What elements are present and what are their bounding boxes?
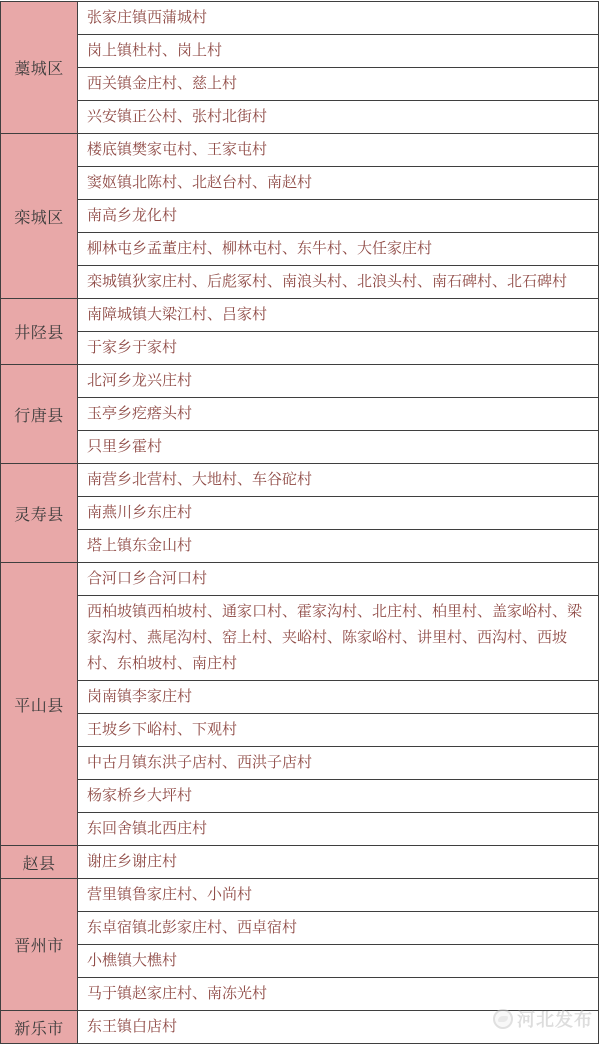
village-cell: 栾城镇狄家庄村、后彪冢村、南浪头村、北浪头村、南石碑村、北石碑村 <box>78 266 599 299</box>
table-row: 西柏坡镇西柏坡村、通家口村、霍家沟村、北庄村、柏里村、盖家峪村、梁家沟村、燕尾沟… <box>1 596 599 681</box>
table-row: 只里乡霍村 <box>1 431 599 464</box>
table-row: 栾城镇狄家庄村、后彪冢村、南浪头村、北浪头村、南石碑村、北石碑村 <box>1 266 599 299</box>
table-row: 西关镇金庄村、慈上村 <box>1 68 599 101</box>
table-row: 平山县合河口乡合河口村 <box>1 563 599 596</box>
table-row: 新乐市东王镇白店村 <box>1 1011 599 1044</box>
table-row: 小樵镇大樵村 <box>1 945 599 978</box>
village-cell: 柳林屯乡孟董庄村、柳林屯村、东牛村、大任家庄村 <box>78 233 599 266</box>
village-cell: 只里乡霍村 <box>78 431 599 464</box>
village-cell: 西柏坡镇西柏坡村、通家口村、霍家沟村、北庄村、柏里村、盖家峪村、梁家沟村、燕尾沟… <box>78 596 599 681</box>
table-row: 东回舍镇北西庄村 <box>1 813 599 846</box>
table-row: 井陉县南障城镇大梁江村、吕家村 <box>1 299 599 332</box>
district-cell: 行唐县 <box>1 365 78 464</box>
district-village-table: 藁城区张家庄镇西蒲城村岗上镇杜村、岗上村西关镇金庄村、慈上村兴安镇正公村、张村北… <box>0 1 599 1044</box>
district-cell: 平山县 <box>1 563 78 846</box>
village-cell: 于家乡于家村 <box>78 332 599 365</box>
village-cell: 窦妪镇北陈村、北赵台村、南赵村 <box>78 167 599 200</box>
village-cell: 合河口乡合河口村 <box>78 563 599 596</box>
village-cell: 岗上镇杜村、岗上村 <box>78 35 599 68</box>
table-row: 玉亭乡疙瘩头村 <box>1 398 599 431</box>
village-cell: 北河乡龙兴庄村 <box>78 365 599 398</box>
page: 藁城区张家庄镇西蒲城村岗上镇杜村、岗上村西关镇金庄村、慈上村兴安镇正公村、张村北… <box>0 0 601 1044</box>
village-cell: 王坡乡下峪村、下观村 <box>78 714 599 747</box>
district-cell: 灵寿县 <box>1 464 78 563</box>
district-cell: 新乐市 <box>1 1011 78 1044</box>
district-cell: 晋州市 <box>1 879 78 1011</box>
table-row: 兴安镇正公村、张村北街村 <box>1 101 599 134</box>
village-cell: 岗南镇李家庄村 <box>78 681 599 714</box>
village-cell: 兴安镇正公村、张村北街村 <box>78 101 599 134</box>
table-row: 赵县谢庄乡谢庄村 <box>1 846 599 879</box>
table-row: 南燕川乡东庄村 <box>1 497 599 530</box>
table-row: 岗南镇李家庄村 <box>1 681 599 714</box>
village-cell: 南障城镇大梁江村、吕家村 <box>78 299 599 332</box>
village-cell: 张家庄镇西蒲城村 <box>78 2 599 35</box>
table-row: 塔上镇东金山村 <box>1 530 599 563</box>
village-cell: 玉亭乡疙瘩头村 <box>78 398 599 431</box>
village-cell: 楼底镇樊家屯村、王家屯村 <box>78 134 599 167</box>
table-row: 马于镇赵家庄村、南冻光村 <box>1 978 599 1011</box>
village-cell: 杨家桥乡大坪村 <box>78 780 599 813</box>
table-row: 柳林屯乡孟董庄村、柳林屯村、东牛村、大任家庄村 <box>1 233 599 266</box>
table-row: 行唐县北河乡龙兴庄村 <box>1 365 599 398</box>
village-cell: 西关镇金庄村、慈上村 <box>78 68 599 101</box>
table-row: 中古月镇东洪子店村、西洪子店村 <box>1 747 599 780</box>
table-body: 藁城区张家庄镇西蒲城村岗上镇杜村、岗上村西关镇金庄村、慈上村兴安镇正公村、张村北… <box>1 2 599 1044</box>
table-row: 杨家桥乡大坪村 <box>1 780 599 813</box>
village-cell: 谢庄乡谢庄村 <box>78 846 599 879</box>
village-cell: 东王镇白店村 <box>78 1011 599 1044</box>
table-row: 藁城区张家庄镇西蒲城村 <box>1 2 599 35</box>
table-row: 南高乡龙化村 <box>1 200 599 233</box>
village-cell: 中古月镇东洪子店村、西洪子店村 <box>78 747 599 780</box>
table-row: 东卓宿镇北彭家庄村、西卓宿村 <box>1 912 599 945</box>
district-cell: 藁城区 <box>1 2 78 134</box>
village-cell: 营里镇鲁家庄村、小尚村 <box>78 879 599 912</box>
village-cell: 塔上镇东金山村 <box>78 530 599 563</box>
village-cell: 南营乡北营村、大地村、车谷砣村 <box>78 464 599 497</box>
village-cell: 小樵镇大樵村 <box>78 945 599 978</box>
table-row: 窦妪镇北陈村、北赵台村、南赵村 <box>1 167 599 200</box>
table-row: 晋州市营里镇鲁家庄村、小尚村 <box>1 879 599 912</box>
village-cell: 马于镇赵家庄村、南冻光村 <box>78 978 599 1011</box>
district-cell: 赵县 <box>1 846 78 879</box>
table-row: 王坡乡下峪村、下观村 <box>1 714 599 747</box>
table-row: 岗上镇杜村、岗上村 <box>1 35 599 68</box>
table-row: 于家乡于家村 <box>1 332 599 365</box>
village-cell: 东卓宿镇北彭家庄村、西卓宿村 <box>78 912 599 945</box>
table-row: 栾城区楼底镇樊家屯村、王家屯村 <box>1 134 599 167</box>
district-cell: 井陉县 <box>1 299 78 365</box>
village-cell: 南高乡龙化村 <box>78 200 599 233</box>
district-cell: 栾城区 <box>1 134 78 299</box>
village-cell: 东回舍镇北西庄村 <box>78 813 599 846</box>
table-row: 灵寿县南营乡北营村、大地村、车谷砣村 <box>1 464 599 497</box>
village-cell: 南燕川乡东庄村 <box>78 497 599 530</box>
